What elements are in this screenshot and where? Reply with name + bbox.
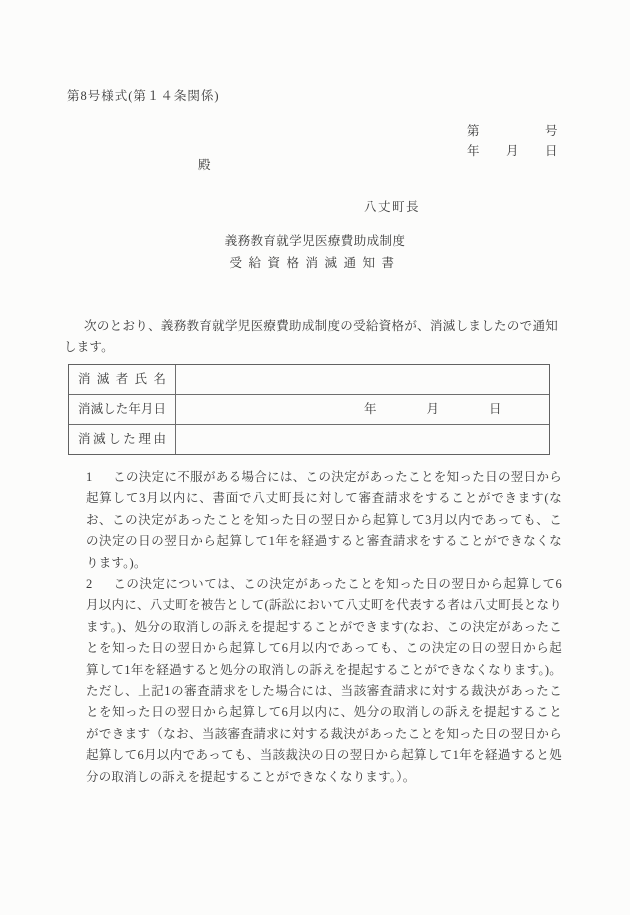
- note-number-2: 2: [86, 574, 113, 595]
- document-title-line2: 受給資格消滅通知書: [0, 253, 630, 271]
- table-row-name: 消滅者氏名: [69, 365, 549, 394]
- addressee-suffix: 殿: [198, 155, 211, 173]
- note-item-1: 1この決定に不服がある場合には、この決定があったことを知った日の翌日から起算して…: [86, 467, 562, 574]
- row-value-date: 年 月 日: [176, 395, 549, 424]
- form-number: 第8号様式(第１４条関係): [67, 86, 220, 104]
- document-number-line: 第 号: [467, 121, 558, 139]
- table-row-date: 消滅した年月日 年 月 日: [69, 394, 549, 424]
- note-text-1: この決定に不服がある場合には、この決定があったことを知った日の翌日から起算して3…: [86, 470, 562, 570]
- row-value-name: [176, 365, 549, 394]
- document-date-line: 年 月 日: [467, 141, 558, 159]
- row-value-reason: [176, 425, 549, 454]
- row-label-name: 消滅者氏名: [69, 365, 176, 394]
- table-row-reason: 消滅した理由: [69, 424, 549, 454]
- document-title-line1: 義務教育就学児医療費助成制度: [0, 231, 630, 249]
- document-page: 第8号様式(第１４条関係) 第 号 年 月 日 殿 八丈町長 義務教育就学児医療…: [0, 0, 630, 915]
- intro-paragraph: 次のとおり、義務教育就学児医療費助成制度の受給資格が、消滅しましたので通知します…: [64, 316, 558, 359]
- note-number-1: 1: [86, 467, 113, 488]
- note-text-2: この決定については、この決定があったことを知った日の翌日から起算して6月以内に、…: [86, 577, 562, 784]
- notes-section: 1この決定に不服がある場合には、この決定があったことを知った日の翌日から起算して…: [86, 467, 562, 788]
- sender-name: 八丈町長: [364, 197, 420, 215]
- row-label-date: 消滅した年月日: [69, 395, 176, 424]
- note-item-2: 2この決定については、この決定があったことを知った日の翌日から起算して6月以内に…: [86, 574, 562, 788]
- eligibility-table: 消滅者氏名 消滅した年月日 年 月 日 消滅した理由: [68, 364, 550, 455]
- row-label-reason: 消滅した理由: [69, 425, 176, 454]
